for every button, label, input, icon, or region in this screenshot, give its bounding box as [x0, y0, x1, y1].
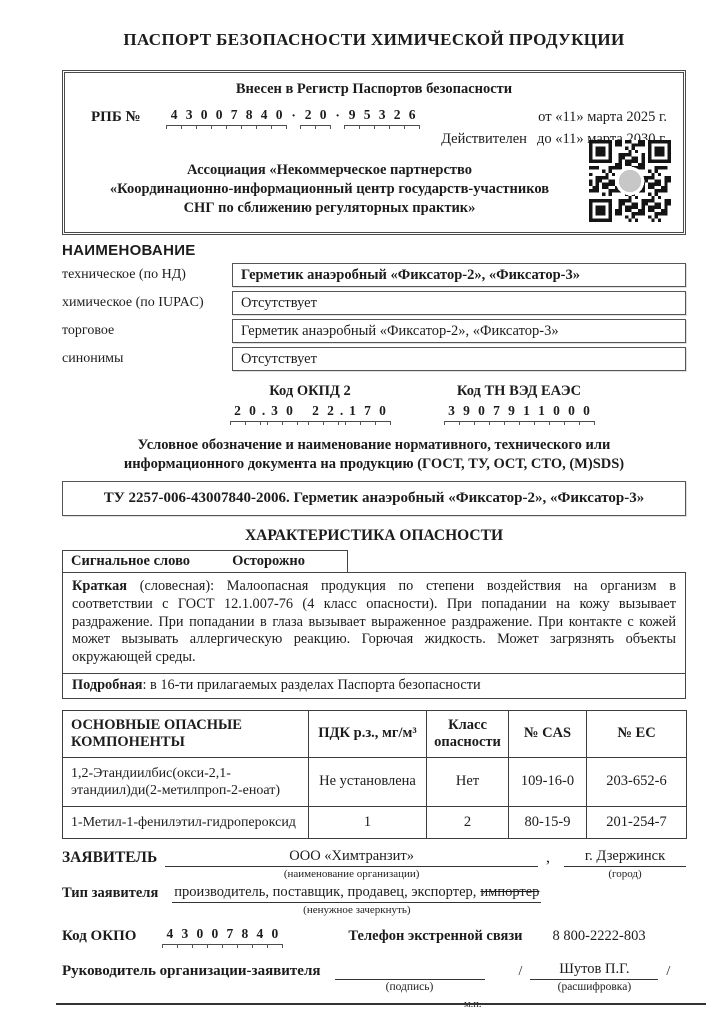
emergency-phone-value: 8 800-2222-803 — [553, 928, 646, 945]
column-header-ec: № ЕС — [587, 710, 687, 757]
naming-label: техническое (по НД) — [62, 267, 232, 283]
naming-value-box: Герметик анаэробный «Фиксатор-2», «Фикса… — [232, 319, 686, 343]
rpb-label: РПБ № — [91, 109, 141, 126]
okpd2-comb-field: 20.30 22.170 — [230, 403, 390, 422]
registry-heading: Внесен в Регистр Паспортов безопасности — [77, 81, 671, 98]
registry-box: Внесен в Регистр Паспортов безопасности … — [62, 70, 686, 235]
issue-date: от «11» марта 2025 г. — [538, 109, 667, 126]
hazard-brief: Краткая (словесная): Малоопасная продукц… — [62, 572, 686, 674]
naming-value-box: Отсутствует — [232, 291, 686, 315]
components-table: ОСНОВНЫЕ ОПАСНЫЕ КОМПОНЕНТЫ ПДК р.з., мг… — [62, 710, 687, 839]
city-caption: (город) — [564, 868, 686, 880]
signal-word-value: Осторожно — [232, 553, 305, 570]
signal-word-label: Сигнальное слово — [71, 553, 190, 570]
slash: / — [519, 961, 523, 980]
naming-label: химическое (по IUPAC) — [62, 295, 232, 311]
table-row: 1-Метил-1-фенилэтил-гидропероксид 1 2 80… — [63, 806, 687, 838]
tnved-comb-field: 3907911000 — [444, 403, 594, 422]
org-name-field: ООО «Химтранзит» — [165, 848, 538, 867]
head-of-org-label: Руководитель организации-заявителя — [62, 961, 321, 980]
valid-label: Действителен — [441, 131, 527, 148]
signature-caption: (подпись) — [386, 981, 434, 993]
okpd2-label: Код ОКПД 2 — [269, 383, 351, 400]
type-options-text: производитель, поставщик, продавец, эксп… — [174, 884, 476, 900]
city-field: г. Дзержинск — [564, 848, 686, 867]
applicant-label: ЗАЯВИТЕЛЬ — [62, 849, 157, 867]
hazard-detail: Подробная: в 16-ти прилагаемых разделах … — [62, 673, 686, 699]
naming-row-synonyms: синонимы Отсутствует — [62, 347, 686, 371]
naming-value-box: Отсутствует — [232, 347, 686, 371]
normdoc-value-box: ТУ 2257-006-43007840-2006. Герметик анаэ… — [62, 481, 686, 516]
signature-stack: (подпись) — [335, 961, 485, 993]
org-caption: (наименование организации) — [165, 868, 538, 880]
hazard-class-cell: Нет — [427, 757, 509, 806]
signature-row: Руководитель организации-заявителя (подп… — [62, 961, 686, 993]
okpo-row: Код ОКПО 43007840 Телефон экстренной свя… — [62, 926, 686, 945]
ec-cell: 201-254-7 — [587, 806, 687, 838]
rpb-comb-field: 43007840·20·95326 — [167, 107, 420, 126]
association-line: Ассоциация «Некоммерческое партнерство — [77, 161, 582, 180]
pdk-cell: Не установлена — [309, 757, 427, 806]
naming-label: синонимы — [62, 351, 232, 367]
pdk-cell: 1 — [309, 806, 427, 838]
table-header-row: ОСНОВНЫЕ ОПАСНЫЕ КОМПОНЕНТЫ ПДК р.з., мг… — [63, 710, 687, 757]
tnved-block: Код ТН ВЭД ЕАЭС 3907911000 — [444, 383, 594, 422]
applicant-type-row: Тип заявителя производитель, поставщик, … — [62, 884, 686, 916]
hazard-detail-text: : в 16-ти прилагаемых разделах Паспорта … — [142, 677, 480, 693]
struck-option-importer: импортер — [480, 884, 539, 900]
hazard-class-cell: 2 — [427, 806, 509, 838]
hazard-brief-label: Краткая — [72, 578, 127, 594]
rpb-number-row: РПБ № 43007840·20·95326 от «11» марта 20… — [77, 107, 671, 126]
signal-word-box: Сигнальное слово Осторожно — [62, 550, 348, 573]
naming-row-trade: торговое Герметик анаэробный «Фиксатор-2… — [62, 319, 686, 343]
component-name-cell: 1-Метил-1-фенилэтил-гидропероксид — [63, 806, 309, 838]
name-caption: (расшифровка) — [558, 981, 632, 993]
naming-value-box: Герметик анаэробный «Фиксатор-2», «Фикса… — [232, 263, 686, 287]
applicant-type-stack: производитель, поставщик, продавец, эксп… — [172, 884, 541, 916]
bottom-rule — [56, 1003, 706, 1005]
normdoc-caption: Условное обозначение и наименование норм… — [62, 436, 686, 474]
comma: , — [546, 849, 556, 867]
association-line: СНГ по сближению регуляторных практик» — [77, 199, 582, 218]
applicant-type-options: производитель, поставщик, продавец, эксп… — [172, 884, 541, 903]
column-header-cas: № CAS — [509, 710, 587, 757]
column-header-hazard-class: Класс опасности — [427, 710, 509, 757]
name-stack: Шутов П.Г. (расшифровка) — [530, 961, 658, 993]
tnved-label: Код ТН ВЭД ЕАЭС — [457, 383, 581, 400]
naming-row-chemical: химическое (по IUPAC) Отсутствует — [62, 291, 686, 315]
okpo-comb-field: 43007840 — [162, 926, 282, 945]
component-name-cell: 1,2-Этандиилбис(окси-2,1-этандиил)ди(2-м… — [63, 757, 309, 806]
okpd2-block: Код ОКПД 2 20.30 22.170 — [230, 383, 390, 422]
ec-cell: 203-652-6 — [587, 757, 687, 806]
cas-cell: 109-16-0 — [509, 757, 587, 806]
naming-label: торговое — [62, 323, 232, 339]
normdoc-caption-line: Условное обозначение и наименование норм… — [62, 436, 686, 455]
section-heading-naming: НАИМЕНОВАНИЕ — [62, 242, 686, 259]
validity-row: Действителен до «11» марта 2030 г. — [77, 131, 667, 148]
sds-document-page: ПАСПОРТ БЕЗОПАСНОСТИ ХИМИЧЕСКОЙ ПРОДУКЦИ… — [0, 0, 724, 1024]
slash: / — [666, 961, 670, 980]
hazard-detail-label: Подробная — [72, 677, 142, 693]
association-line: «Координационно-информационный центр гос… — [77, 180, 582, 199]
cas-cell: 80-15-9 — [509, 806, 587, 838]
okpo-label: Код ОКПО — [62, 928, 136, 945]
applicant-row: ЗАЯВИТЕЛЬ ООО «Химтранзит» , г. Дзержинс… — [62, 848, 686, 880]
naming-row-technical: техническое (по НД) Герметик анаэробный … — [62, 263, 686, 287]
association-name: Ассоциация «Некоммерческое партнерство «… — [77, 161, 582, 218]
page-title: ПАСПОРТ БЕЗОПАСНОСТИ ХИМИЧЕСКОЙ ПРОДУКЦИ… — [62, 30, 686, 50]
normdoc-caption-line: информационного документа на продукцию (… — [62, 455, 686, 474]
column-header-pdk: ПДК р.з., мг/м³ — [309, 710, 427, 757]
table-row: 1,2-Этандиилбис(окси-2,1-этандиил)ди(2-м… — [63, 757, 687, 806]
type-caption: (ненужное зачеркнуть) — [303, 904, 410, 916]
hazard-brief-text: (словесная): Малоопасная продукция по ст… — [72, 578, 676, 665]
applicant-type-label: Тип заявителя — [62, 885, 158, 902]
codes-row: Код ОКПД 2 20.30 22.170 Код ТН ВЭД ЕАЭС … — [62, 383, 686, 422]
section-heading-hazard: ХАРАКТЕРИСТИКА ОПАСНОСТИ — [62, 527, 686, 545]
signature-line — [335, 961, 485, 980]
qr-code-icon — [589, 140, 671, 222]
column-header-components: ОСНОВНЫЕ ОПАСНЫЕ КОМПОНЕНТЫ — [63, 710, 309, 757]
emergency-phone-label: Телефон экстренной связи — [348, 928, 522, 945]
head-name-field: Шутов П.Г. — [530, 961, 658, 980]
